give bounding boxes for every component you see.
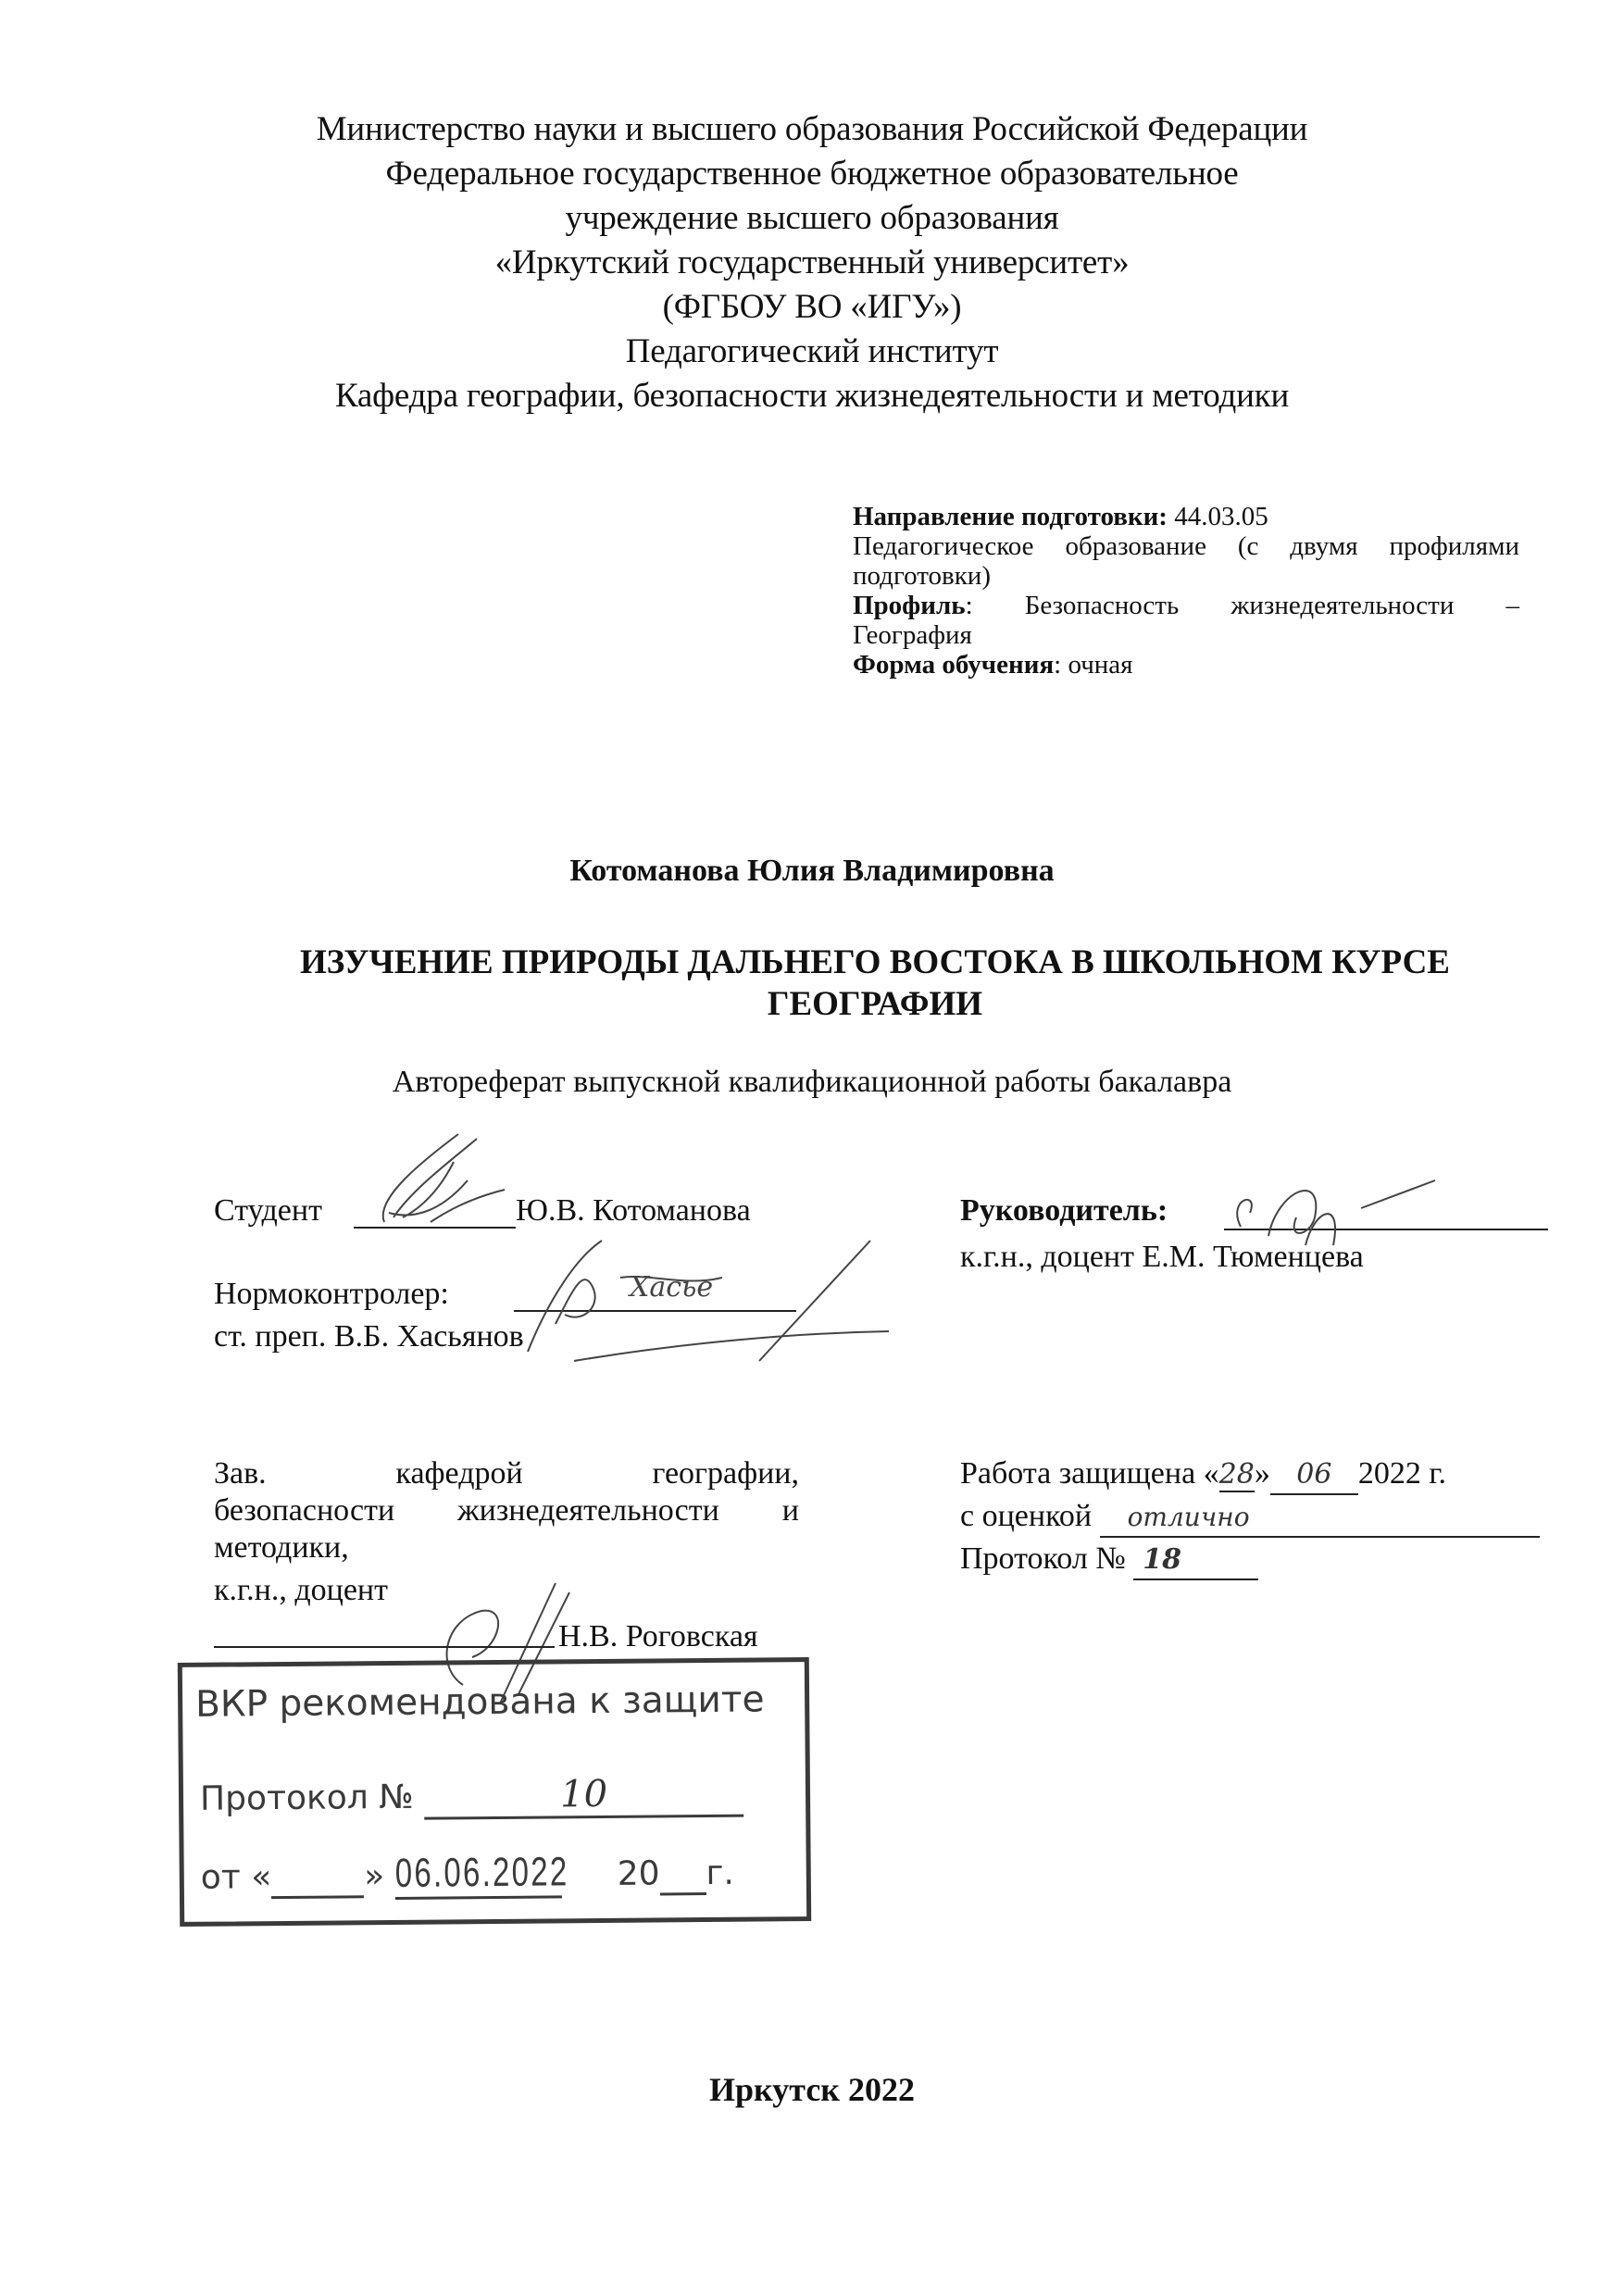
head-title-line2: безопасности жизнедеятельности и xyxy=(214,1492,799,1529)
study-form-value: : очная xyxy=(1054,650,1132,680)
study-form-row: Форма обучения: очная xyxy=(853,650,1519,680)
institute-name: Педагогический институт xyxy=(0,330,1624,373)
stamp-quote-close: » xyxy=(364,1857,384,1895)
university-abbr: (ФГБОУ ВО «ИГУ») xyxy=(0,285,1624,329)
defense-day: 28 xyxy=(1219,1458,1255,1492)
thesis-title: ИЗУЧЕНИЕ ПРИРОДЫ ДАЛЬНЕГО ВОСТОКА В ШКОЛ… xyxy=(222,942,1528,1025)
stamp-year-prefix: 20 xyxy=(618,1854,660,1892)
direction-label: Направление подготовки: xyxy=(853,502,1168,531)
institution-line-2: учреждение высшего образования xyxy=(0,196,1624,240)
department-name: Кафедра географии, безопасности жизнедея… xyxy=(0,374,1624,418)
head-signature-line xyxy=(214,1646,555,1648)
city-year: Иркутск 2022 xyxy=(0,2070,1624,2109)
thesis-title-line1: ИЗУЧЕНИЕ ПРИРОДЫ ДАЛЬНЕГО ВОСТОКА В ШКОЛ… xyxy=(222,942,1528,983)
defense-protocol-row: Протокол № 18 xyxy=(960,1541,1258,1580)
study-info-block: Направление подготовки: 44.03.05 Педагог… xyxy=(853,502,1519,680)
normcontroller-label: Нормоконтролер: xyxy=(214,1276,449,1313)
svg-text:Хасье: Хасье xyxy=(628,1271,713,1304)
head-title-line4: к.г.н., доцент xyxy=(214,1572,388,1609)
stamp-year-end: г. xyxy=(706,1854,734,1892)
normcontroller-name: ст. преп. В.Б. Хасьянов xyxy=(214,1318,524,1355)
author-name: Котоманова Юлия Владимировна xyxy=(0,854,1624,889)
direction-code: 44.03.05 xyxy=(1168,502,1268,531)
head-name: Н.В. Роговская xyxy=(558,1618,758,1655)
document-subtitle: Автореферат выпускной квалификационной р… xyxy=(0,1065,1624,1100)
defense-protocol-value: 18 xyxy=(1133,1541,1258,1580)
direction-name-line2: подготовки) xyxy=(853,561,1519,591)
stamp-protocol-value: 10 xyxy=(424,1772,743,1820)
profile-value-line2: География xyxy=(853,620,1519,650)
direction-row: Направление подготовки: 44.03.05 xyxy=(853,502,1519,531)
stamp-date-value: 06.06.2022 xyxy=(395,1849,562,1900)
student-signature xyxy=(366,1125,523,1236)
thesis-title-line2: ГЕОГРАФИИ xyxy=(222,983,1528,1025)
stamp-day-blank xyxy=(271,1857,364,1899)
defense-quote-close: » xyxy=(1255,1456,1270,1491)
grade-value: отлично xyxy=(1100,1499,1540,1538)
institution-line-1: Федеральное государственное бюджетное об… xyxy=(0,152,1624,195)
university-name: «Иркутский государственный университет» xyxy=(0,241,1624,284)
ministry-line: Министерство науки и высшего образования… xyxy=(0,107,1624,151)
profile-row: Профиль: Безопасность жизнедеятельности … xyxy=(853,591,1519,620)
defense-year: 2022 г. xyxy=(1358,1456,1446,1491)
stamp-protocol-label: Протокол № xyxy=(200,1778,414,1818)
grade-label: с оценкой xyxy=(960,1499,1092,1533)
supervisor-label: Руководитель: xyxy=(960,1192,1168,1229)
grade-row: с оценкой отлично xyxy=(960,1498,1540,1538)
defense-month: 06 xyxy=(1270,1456,1358,1495)
head-title-line1: Зав. кафедрой географии, xyxy=(214,1455,799,1492)
defense-date-row: Работа защищена «28»062022 г. xyxy=(960,1455,1446,1495)
stamp-date-row: от « » 06.06.202220 г. xyxy=(201,1848,735,1902)
recommendation-stamp: ВКР рекомендована к защите Протокол № 10… xyxy=(178,1657,811,1927)
supervisor-name: к.г.н., доцент Е.М. Тюменцева xyxy=(960,1239,1364,1276)
stamp-protocol-row: Протокол № 10 xyxy=(200,1772,743,1822)
stamp-from-label: от « xyxy=(201,1858,272,1897)
profile-label: Профиль xyxy=(853,591,966,620)
defense-label: Работа защищена « xyxy=(960,1456,1219,1491)
profile-value: : Безопасность жизнедеятельности – xyxy=(966,591,1519,620)
direction-name-line1: Педагогическое образование (с двумя проф… xyxy=(853,531,1519,561)
defense-protocol-label: Протокол № xyxy=(960,1541,1126,1576)
stamp-year-blank xyxy=(659,1854,706,1895)
stamp-heading: ВКР рекомендована к защите xyxy=(195,1678,765,1725)
normcontroller-signature: Хасье xyxy=(500,1222,889,1370)
study-form-label: Форма обучения xyxy=(853,650,1054,680)
student-label: Студент xyxy=(214,1192,322,1229)
head-title-line3: методики, xyxy=(214,1529,349,1566)
